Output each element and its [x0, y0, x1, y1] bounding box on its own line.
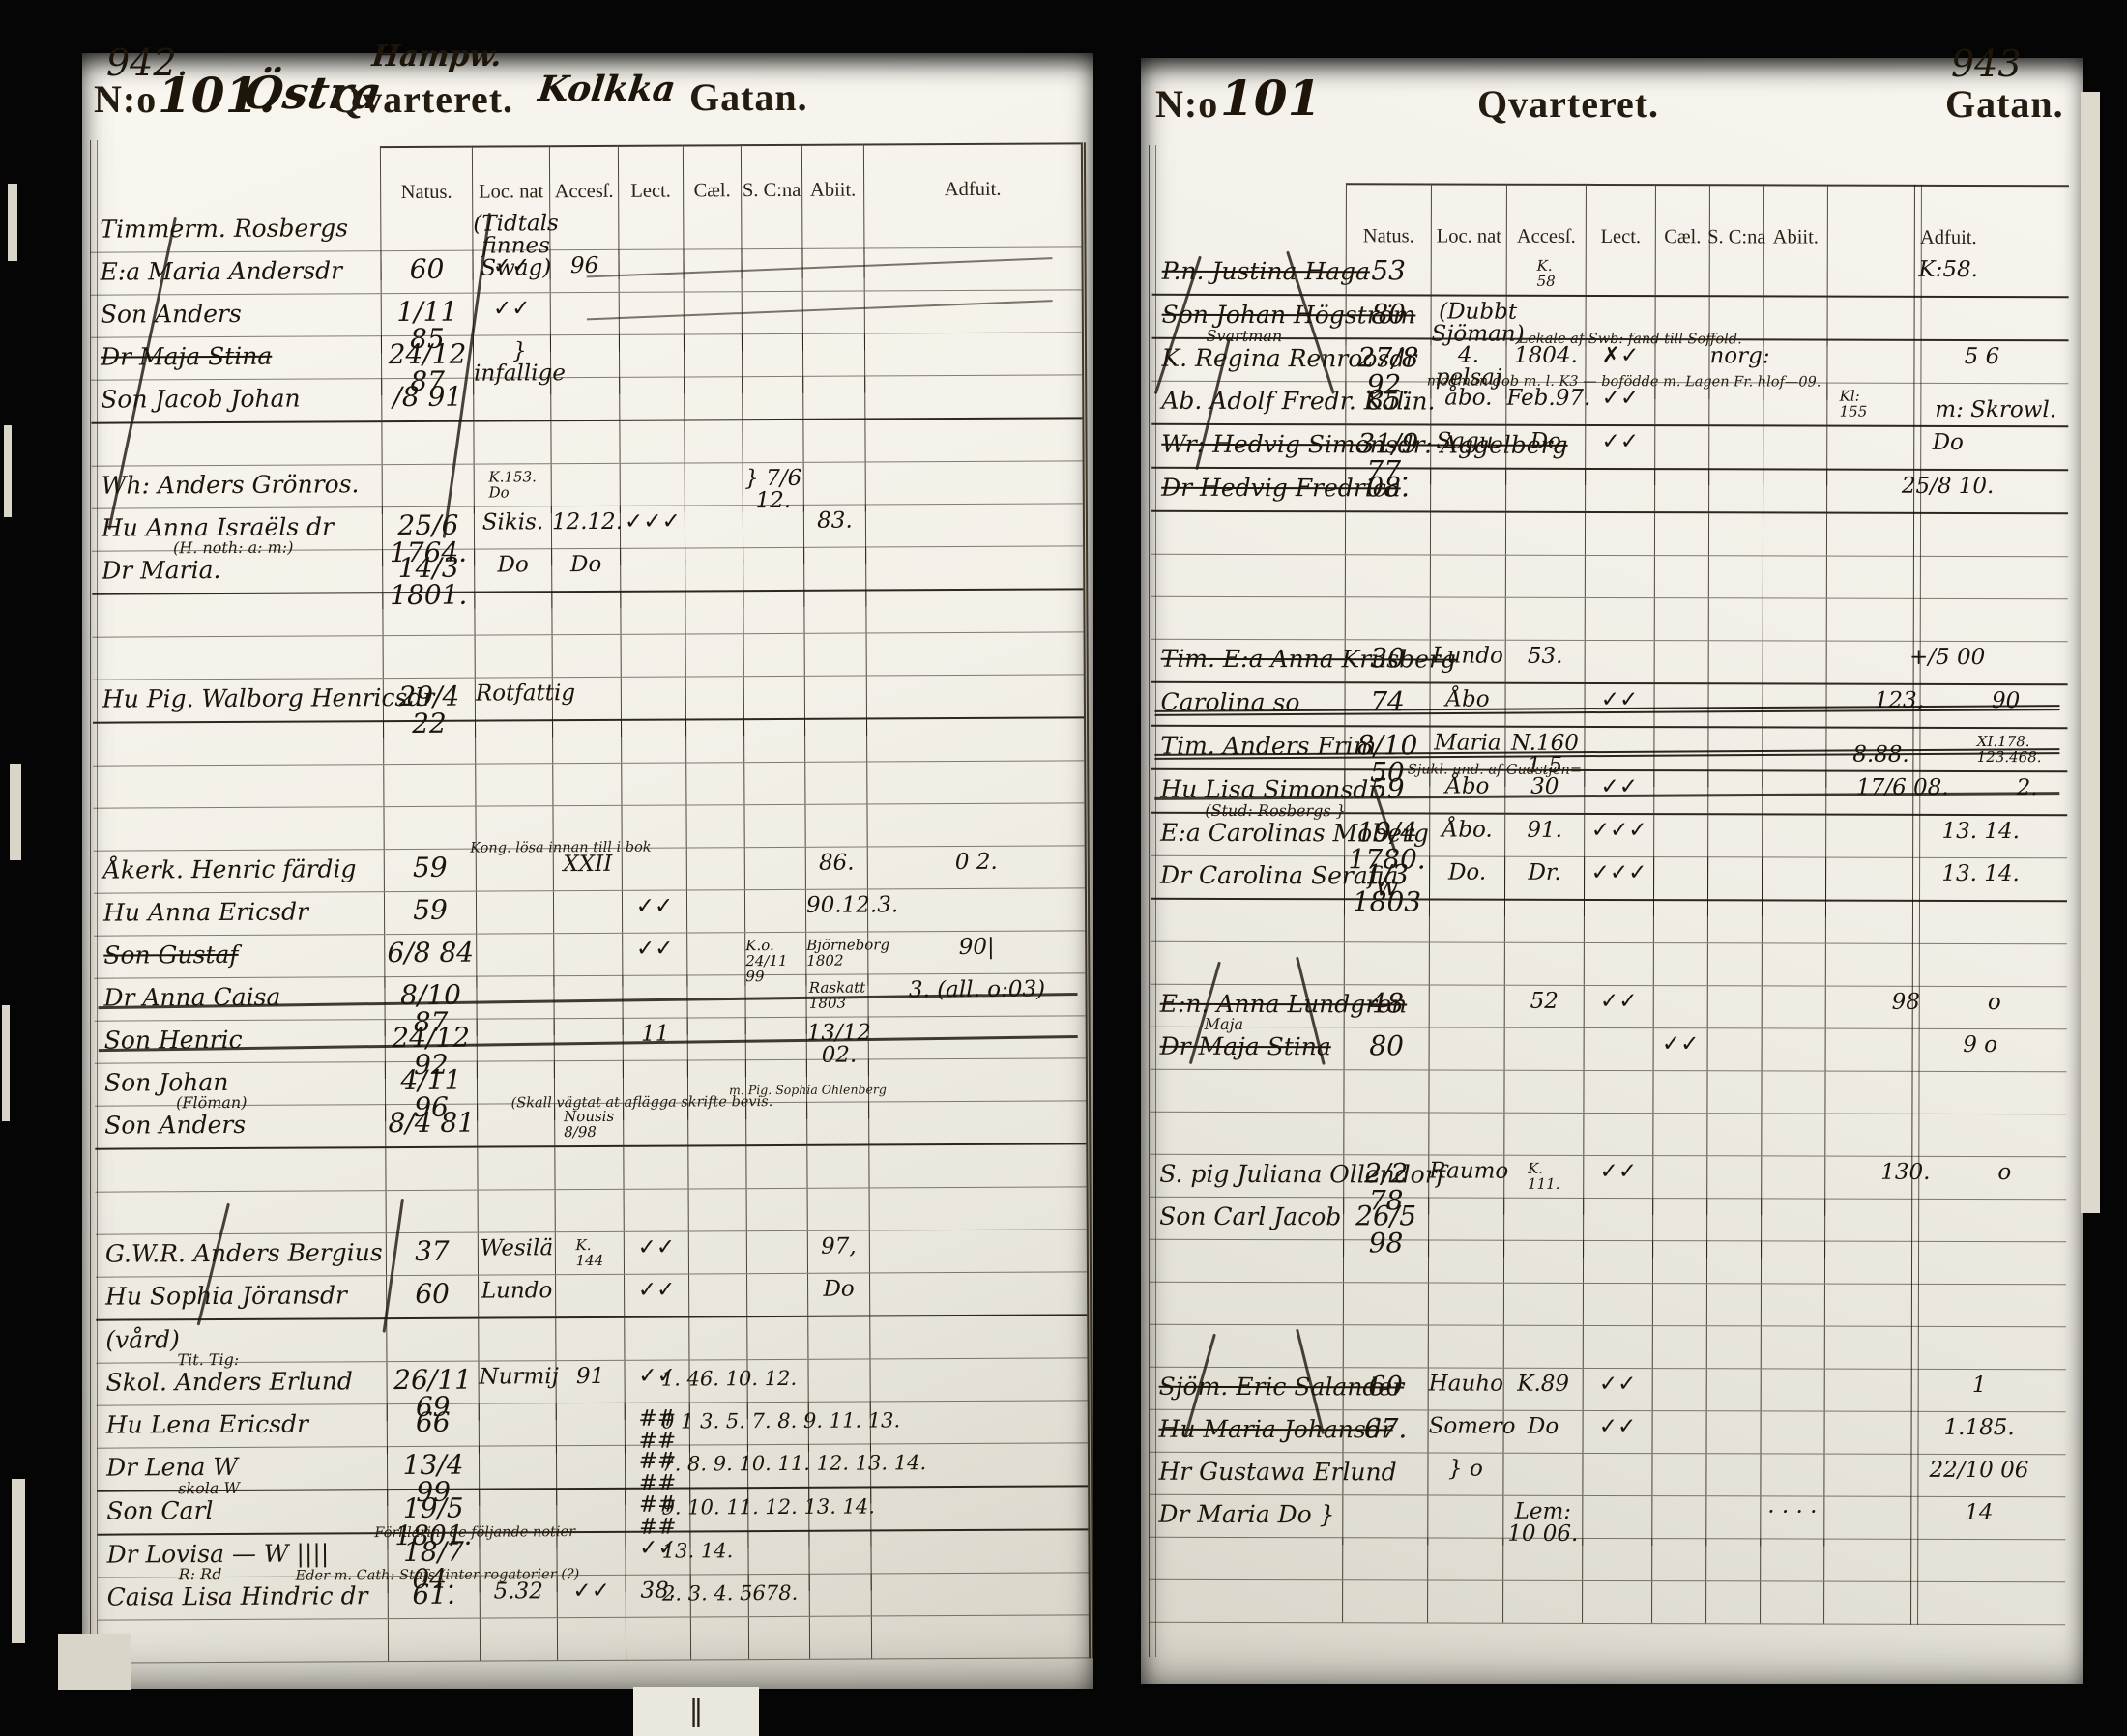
cell-value: ✓✓ — [1600, 991, 1638, 1013]
cell-adfuit: 25/8 10. — [1826, 471, 2068, 513]
cell-abiit: Do — [807, 1274, 869, 1316]
cell-cael — [685, 720, 743, 762]
street-handwritten: Kolkka — [536, 69, 678, 109]
entry-name-cell: Åkerk. Henric färdig — [94, 850, 384, 893]
scan-speck — [10, 764, 21, 860]
cell-adfuit — [1825, 902, 2067, 944]
row-note: medman dob m. l. K3 — bofödde m. Lagen F… — [1427, 374, 1821, 391]
entry-annotation: Maja — [1205, 1015, 1243, 1033]
entry-name: Dr Maria Do } — [1158, 1500, 1334, 1528]
cell-access — [1505, 513, 1585, 555]
cell-lect: ✓✓ — [1584, 771, 1653, 813]
ledger-rows: P.n. Justina Haga53K. 58K:58.Son Johan H… — [1149, 252, 2069, 1625]
film-scan-background: 942. N:o 101. Östra Hampw. Qvarteret. Ko… — [0, 0, 2127, 1736]
cell-value: Lundo — [1432, 646, 1503, 668]
cell-abiit — [807, 1317, 869, 1359]
cell-locnat: } o — [1427, 1454, 1502, 1495]
cell-value: ✓✓ — [493, 255, 531, 277]
cell-scna — [1709, 253, 1763, 295]
ledger-row-blank — [1150, 1240, 2066, 1285]
cell-natus — [1343, 1113, 1428, 1154]
cell-abiit — [1761, 1369, 1824, 1410]
cell-value: 12.12. — [552, 511, 623, 534]
cell-value: Åbo. — [1442, 820, 1493, 842]
ledger-row: S. pig Juliana Ollendorf2/2 78RaumoK. 11… — [1150, 1155, 2066, 1200]
cell-scna — [1706, 1241, 1761, 1283]
cell-adfuit: K:58. — [1827, 254, 2069, 297]
entry-name: Son Anders — [101, 300, 242, 329]
street-label: Gatan. — [1945, 81, 2064, 127]
cell-access — [1505, 470, 1585, 511]
cell-value: 37 — [415, 1238, 450, 1265]
cell-lect — [1583, 1284, 1652, 1325]
district-note: Hampw. — [370, 40, 503, 73]
attendance-numbers: 9. 10. 11. 12. 13. 14. — [661, 1494, 875, 1519]
cell-adfuit — [864, 419, 1082, 461]
entry-name: Timmerm. Rosbergs — [100, 214, 348, 243]
entry-name: Son Anders — [104, 1111, 246, 1140]
ledger-row-blank — [1151, 942, 2067, 987]
cell-value: 30 — [1530, 776, 1559, 798]
cell-value: 8.88. — [1852, 744, 1909, 767]
cell-natus: 48 — [1344, 985, 1429, 1027]
cell-adfuit: 1.185. — [1824, 1412, 2066, 1455]
entry-name-cell — [98, 1619, 388, 1663]
column-header-abiit: Abiit. — [801, 144, 863, 207]
cell-scna — [742, 377, 802, 419]
ledger-row: Wr: Hedvig Simonsdr: Aggelberg31/9 77.Sa… — [1151, 425, 2068, 471]
ledger-table: Natus.Loc. natAccesſ.Lect.Cæl.S. C:naAbi… — [1149, 183, 2069, 1625]
cell-value: Do — [1528, 1416, 1559, 1438]
entry-name-cell — [1151, 512, 1345, 555]
cell-value: ✓✓ — [1599, 1374, 1637, 1396]
cell-scna — [1708, 470, 1763, 511]
ledger-row-blank — [1149, 1580, 2065, 1625]
cell-access — [1502, 1581, 1582, 1623]
entry-name-cell — [92, 593, 382, 637]
cell-natus — [1342, 1580, 1427, 1622]
cell-adfuit — [869, 1230, 1087, 1272]
entry-name: Wh: Anders Grönros. — [102, 470, 360, 499]
cell-access — [1504, 1028, 1584, 1070]
cell-access — [1503, 1071, 1583, 1113]
cell-abiit — [1763, 556, 1826, 597]
entry-name-cell — [1150, 1325, 1343, 1368]
cell-locnat: (Dubbt Sjöman) — [1431, 297, 1506, 346]
cell-lect — [1583, 1326, 1652, 1368]
cell-access — [1504, 943, 1584, 985]
cell-value: Åbo — [1445, 689, 1489, 711]
cell-scna — [1705, 1454, 1760, 1495]
cell-value: Kl: 155 — [1840, 389, 1868, 420]
cell-cael — [1653, 901, 1707, 942]
entry-name: Son Gustaf — [103, 940, 238, 969]
cell-scna — [746, 1189, 807, 1230]
cell-natus: 37 — [386, 1233, 478, 1275]
cell-value: ✓✓✓ — [625, 511, 681, 534]
cell-scna — [1706, 1411, 1761, 1453]
cell-natus: 60 — [1343, 1368, 1428, 1409]
cell-locnat — [1427, 1581, 1502, 1623]
cell-locnat: Åbo — [1429, 684, 1504, 726]
ledger-row-blank — [96, 1187, 1087, 1234]
cell-abiit — [804, 763, 866, 804]
cell-locnat — [476, 891, 553, 933]
cell-cael — [686, 890, 744, 932]
cell-value: ✓✓ — [1599, 1161, 1637, 1183]
ledger-row: Hu Lena Ericsdr66## ##0 1 3. 5. 7. 8. 9.… — [97, 1401, 1088, 1448]
cell-adfuit — [869, 1272, 1087, 1315]
cell-access: 53. — [1505, 641, 1585, 682]
cell-cael — [1653, 943, 1707, 985]
cell-adfuit — [1826, 599, 2068, 642]
cell-locnat — [1429, 943, 1504, 985]
ledger-row: Tit. Tig:Skol. Anders Erlund26/11 69Nurm… — [96, 1358, 1087, 1405]
cell-access — [550, 378, 619, 420]
cell-cael — [685, 763, 743, 804]
cell-lect — [1583, 1114, 1652, 1155]
scan-speck — [58, 1634, 131, 1690]
entry-annotation: R: Rd — [179, 1565, 222, 1583]
cell-abiit — [1763, 470, 1826, 511]
cell-lect: ✓✓ — [622, 890, 686, 932]
row-note: Lekale af Swb: fand till Soffold. — [1519, 332, 1742, 348]
cell-locnat — [475, 635, 552, 677]
cell-value: Lundo — [481, 1280, 553, 1302]
cell-scna — [744, 848, 805, 889]
cell-value: Wesilä — [481, 1237, 554, 1259]
entry-name-cell: P.n. Justina Haga — [1152, 252, 1346, 295]
cell-scna — [742, 420, 802, 462]
no-value: 101 — [1220, 70, 1321, 127]
cell-cael — [686, 848, 744, 889]
cell-lect: ✓✓ — [624, 1274, 688, 1316]
ledger-row: (vård) — [96, 1316, 1087, 1363]
ledger-row: E:a Maria Andersdr60✓✓96 — [90, 247, 1081, 295]
cell-cael — [1654, 556, 1708, 597]
cell-natus — [1343, 1283, 1428, 1324]
ledger-row: Dr Maria Do }Lem: 10 06.· · · ·14 — [1149, 1495, 2065, 1540]
street-label: Gatan. — [689, 74, 808, 120]
cell-natus — [388, 1619, 480, 1661]
cell-value: 91. — [1527, 820, 1562, 842]
cell-value: Do. — [1448, 862, 1486, 884]
entry-name-cell — [1151, 942, 1344, 985]
cell-value: 48 — [1369, 990, 1404, 1017]
row-note: Sjukl. und. af Gudstjen= — [1408, 762, 1582, 777]
ledger-row: Hu Anna Ericsdr59✓✓90.12.3. — [94, 888, 1085, 936]
entry-name: Dr Maja Stina — [101, 342, 272, 371]
cell-cael — [1654, 598, 1708, 640]
cell-access — [552, 721, 621, 763]
cell-lect: ✓✓ — [1584, 684, 1653, 726]
cell-access — [553, 891, 622, 933]
cell-value: 08. — [1366, 474, 1410, 501]
cell-scna — [1707, 901, 1762, 942]
cell-adfuit — [865, 590, 1083, 632]
entry-name-cell — [1151, 597, 1345, 640]
cell-value: 3. (all. o:03) — [909, 979, 1045, 1002]
ledger-row: Dr Lena W13/4 99## ##7. 8. 9. 10. 11. 12… — [97, 1443, 1088, 1491]
cell-value: 80 — [1369, 1032, 1404, 1059]
cell-value: 0 2. — [955, 852, 998, 874]
cell-scna — [746, 1317, 807, 1359]
cell-scna — [1706, 1326, 1761, 1368]
cell-locnat — [1430, 470, 1505, 511]
cell-access — [557, 1618, 626, 1660]
cell-locnat — [475, 721, 552, 763]
cell-access — [1504, 684, 1584, 726]
cell-adfuit — [869, 1187, 1087, 1230]
ledger-row-blank — [1150, 1325, 2066, 1370]
cell-value: ✓✓ — [1601, 431, 1639, 453]
ledger-row: Hu Sophia Jöransdr60Lundo✓✓Do — [96, 1272, 1087, 1320]
cell-value: ✗✓ — [1602, 345, 1640, 367]
cell-natus: 8/4 81 — [385, 1105, 477, 1146]
cell-locnat — [478, 1318, 555, 1360]
cell-access — [1504, 901, 1584, 942]
entry-name: Dr Maja Stina — [1160, 1032, 1331, 1060]
entry-name: Hu Sophia Jöransdr — [105, 1281, 347, 1310]
column-header-locnat: Loc. nat — [472, 145, 549, 208]
cell-adfuit — [1824, 1285, 2066, 1327]
ledger-row: Åkerk. Henric färdig59XXII86.0 2.Kong. l… — [94, 846, 1085, 893]
entry-name: E:a Maria Andersdr — [100, 256, 342, 285]
entry-name-cell — [93, 765, 383, 808]
cell-lect — [620, 592, 685, 633]
cell-locnat: Hauho — [1428, 1369, 1503, 1410]
cell-locnat — [473, 421, 550, 463]
ledger-row-blank — [95, 1144, 1086, 1192]
cell-locnat — [1428, 1284, 1503, 1325]
cell-lect — [619, 420, 684, 462]
cell-lect — [1585, 641, 1654, 682]
cell-scna — [743, 805, 804, 847]
cell-value: Maria — [1434, 733, 1501, 755]
ledger-rows: Timmerm. Rosbergs(Tidtals finnes Swag)E:… — [90, 205, 1089, 1663]
cell-locnat: Wesilä — [478, 1232, 555, 1274]
film-gap-mark: ‖ — [633, 1687, 759, 1736]
entry-name: Son Jacob Johan — [101, 385, 300, 414]
quarter-label: Qvarteret. — [1477, 81, 1659, 127]
cell-cael — [1654, 470, 1708, 511]
cell-lect — [1584, 943, 1653, 985]
cell-scna — [1707, 986, 1762, 1027]
column-header-adfuit: Adfuit. — [1827, 185, 2069, 255]
entry-name: (vård) — [105, 1325, 180, 1353]
cell-value: 8/4 81 — [388, 1110, 475, 1137]
cell-locnat: Lundo — [1430, 641, 1505, 682]
cell-adfuit — [866, 632, 1084, 675]
cell-natus — [1343, 1240, 1428, 1282]
cell-value: Do — [1933, 432, 1964, 454]
cell-cael — [685, 634, 743, 676]
cell-locnat — [1429, 1028, 1504, 1070]
cell-locnat — [473, 378, 550, 420]
cell-adfuit — [1824, 1072, 2066, 1114]
entry-name: Skol. Anders Erlund — [106, 1367, 353, 1396]
cell-abiit — [1761, 1071, 1824, 1113]
cell-adfuit — [863, 247, 1081, 290]
cell-abiit — [1762, 684, 1825, 726]
cell-natus: 53 — [1346, 252, 1431, 294]
cell-value: ✓✓ — [636, 939, 674, 961]
cell-value: Sikis. — [482, 511, 544, 534]
ledger-row: Hr Gustawa Erlund} o22/10 06 — [1149, 1453, 2065, 1497]
entry-annotation: Tit. Tig: — [177, 1350, 239, 1369]
cell-abiit — [1763, 297, 1827, 346]
cell-value: 83. — [817, 510, 853, 533]
cell-scna — [743, 634, 804, 676]
ledger-row-blank — [1151, 512, 2068, 557]
cell-value: ✓✓ — [493, 298, 531, 320]
cell-value: ✓✓ — [1599, 1416, 1637, 1438]
cell-scna — [746, 1231, 807, 1273]
cell-value: XXII — [563, 854, 612, 876]
column-header-names — [1152, 183, 1346, 253]
margin-note: 5 6 — [1965, 346, 2000, 368]
margin-note: 22/10 06 — [1929, 1460, 2028, 1482]
cell-locnat — [1429, 986, 1504, 1027]
ledger-row: Sjöm. Eric Salander60HauhoK.89✓✓1 — [1150, 1368, 2066, 1412]
ledger-row: Dr Carolina Serafia1/3 1803Do.Dr.✓✓✓13. … — [1151, 856, 2067, 902]
cell-scna — [1708, 641, 1763, 682]
cell-scna — [746, 1274, 807, 1316]
column-header-row: Natus.Loc. natAccesſ.Lect.Cæl.S. C:naAbi… — [90, 142, 1081, 210]
no-label: N:o — [1155, 81, 1218, 127]
cell-natus — [1345, 597, 1430, 639]
cell-natus: 60 — [386, 1276, 478, 1317]
cell-abiit — [1763, 253, 1827, 295]
cell-cael — [684, 377, 742, 419]
cell-access — [1505, 556, 1585, 597]
cell-value: Åbo — [1445, 776, 1489, 798]
cell-access — [552, 635, 621, 677]
row-note: Kong. lösa innan till i bok — [470, 840, 651, 856]
cell-value: +/5 00 — [1909, 647, 1985, 669]
cell-value: Nurmij — [480, 1366, 559, 1388]
page-right-header: N:o 101 Qvarteret. 943 Gatan. — [1141, 58, 2083, 203]
cell-natus — [383, 636, 475, 678]
column-header-access: Accesſ. — [549, 145, 618, 208]
cell-adfuit — [1823, 1582, 2065, 1625]
ledger-row: MajaDr Maja Stina80✓✓9 o — [1151, 1027, 2067, 1072]
cell-cael — [1652, 1284, 1706, 1325]
column-header-abiit: Abiit. — [1763, 184, 1827, 253]
cell-locnat — [477, 1147, 554, 1189]
cell-value: K.89 — [1517, 1374, 1569, 1396]
cell-value: 86. — [819, 853, 855, 875]
cell-natus: 59 — [384, 892, 476, 934]
cell-cael — [1651, 1454, 1705, 1495]
cell-natus — [1342, 1538, 1427, 1579]
cell-locnat — [1430, 556, 1505, 597]
ledger-row-blank — [1150, 1283, 2066, 1327]
page-left: 942. N:o 101. Östra Hampw. Qvarteret. Ko… — [82, 53, 1093, 1689]
cell-value: Sagu. — [1437, 431, 1501, 453]
cell-scna — [1707, 1028, 1762, 1070]
entry-name-cell — [1151, 900, 1344, 942]
cell-value: Dr. — [1528, 862, 1560, 884]
cell-value: ✓✓ — [638, 1237, 676, 1259]
entry-name-cell: Hr Gustawa Erlund — [1149, 1453, 1342, 1495]
cell-scna — [1708, 513, 1763, 555]
cell-cael — [688, 1189, 746, 1230]
column-header-row: Natus.Loc. natAccesſ.Lect.Cæl.S. C:naAbi… — [1152, 183, 2069, 254]
ledger-row: (H. noth: a: m:)Dr Maria.14/3 1801.DoDo — [92, 546, 1083, 594]
cell-access — [1503, 1114, 1583, 1155]
cell-adfuit — [868, 1144, 1086, 1187]
cell-adfuit — [1826, 557, 2068, 599]
cell-cael — [1653, 684, 1707, 726]
cell-lect — [1582, 1581, 1651, 1623]
cell-cael — [690, 1617, 748, 1659]
cell-abiit — [1760, 1539, 1823, 1580]
entry-name-cell — [93, 722, 383, 766]
cell-natus: 80 — [1346, 296, 1431, 345]
page-number: 943 — [1951, 43, 2022, 85]
cell-cael — [1653, 986, 1707, 1027]
cell-scna — [1706, 1369, 1761, 1410]
cell-value: Feb.97. — [1506, 388, 1590, 410]
cell-value: K. 111. — [1528, 1161, 1559, 1192]
cell-lect — [624, 1189, 688, 1230]
cell-value: Raskatt 1803 — [809, 980, 866, 1012]
cell-abiit — [1762, 1028, 1825, 1070]
cell-value: ✓✓ — [572, 1580, 610, 1603]
scan-speck — [8, 184, 17, 261]
entry-name-cell — [95, 1148, 385, 1192]
entry-name: Carolina so — [1161, 688, 1300, 716]
cell-lect — [1585, 598, 1654, 640]
entry-name-cell: Ab. Adolf Fredr. Kalin. — [1151, 382, 1345, 424]
cell-scna — [1708, 598, 1763, 640]
ledger-row: Son Jacob Johan/8 91 — [91, 375, 1082, 423]
cell-abiit: 86. — [805, 848, 867, 889]
cell-value: 74 — [1370, 688, 1405, 715]
cell-scna — [1707, 771, 1762, 813]
ledger-row-blank — [1150, 1070, 2066, 1114]
ledger-row: skola WSon Carl19/5 1801.## ##9. 10. 11.… — [97, 1487, 1088, 1535]
cell-value: ✓✓ — [636, 896, 674, 918]
cell-locnat — [1430, 513, 1505, 555]
cell-value: 59 — [413, 854, 448, 882]
cell-adfuit — [1823, 1540, 2065, 1582]
cell-lect — [621, 634, 685, 676]
cell-access: K. 58 — [1506, 253, 1586, 295]
attendance-numbers: 0 1 3. 5. 7. 8. 9. 11. 13. — [661, 1408, 900, 1432]
cell-natus: 59 — [384, 850, 476, 891]
cell-cael — [1652, 1326, 1706, 1368]
quarter-label: Qvarteret. — [332, 76, 513, 122]
cell-scna — [748, 1617, 809, 1659]
column-header-natus: Natus. — [1346, 183, 1431, 252]
cell-abiit — [1763, 598, 1826, 640]
entry-name: G.W.R. Anders Bergius — [105, 1238, 383, 1268]
cell-value: 5.32 — [494, 1580, 543, 1603]
cell-cael — [1652, 1241, 1706, 1283]
entry-name-cell — [96, 1191, 386, 1234]
entry-name-cell: Dr Hedvig Fredrica — [1151, 469, 1345, 511]
cell-cael — [1651, 1539, 1705, 1580]
cell-scna — [1706, 1114, 1761, 1155]
cell-value: K. 58 — [1537, 258, 1556, 289]
cell-scna — [743, 720, 804, 762]
ledger-row: Hu Maria Johansdr67.SomeroDo✓✓1.185. — [1150, 1410, 2066, 1455]
cell-natus — [383, 807, 475, 849]
cell-lect — [1583, 1071, 1652, 1113]
cell-abiit — [1760, 1581, 1823, 1623]
